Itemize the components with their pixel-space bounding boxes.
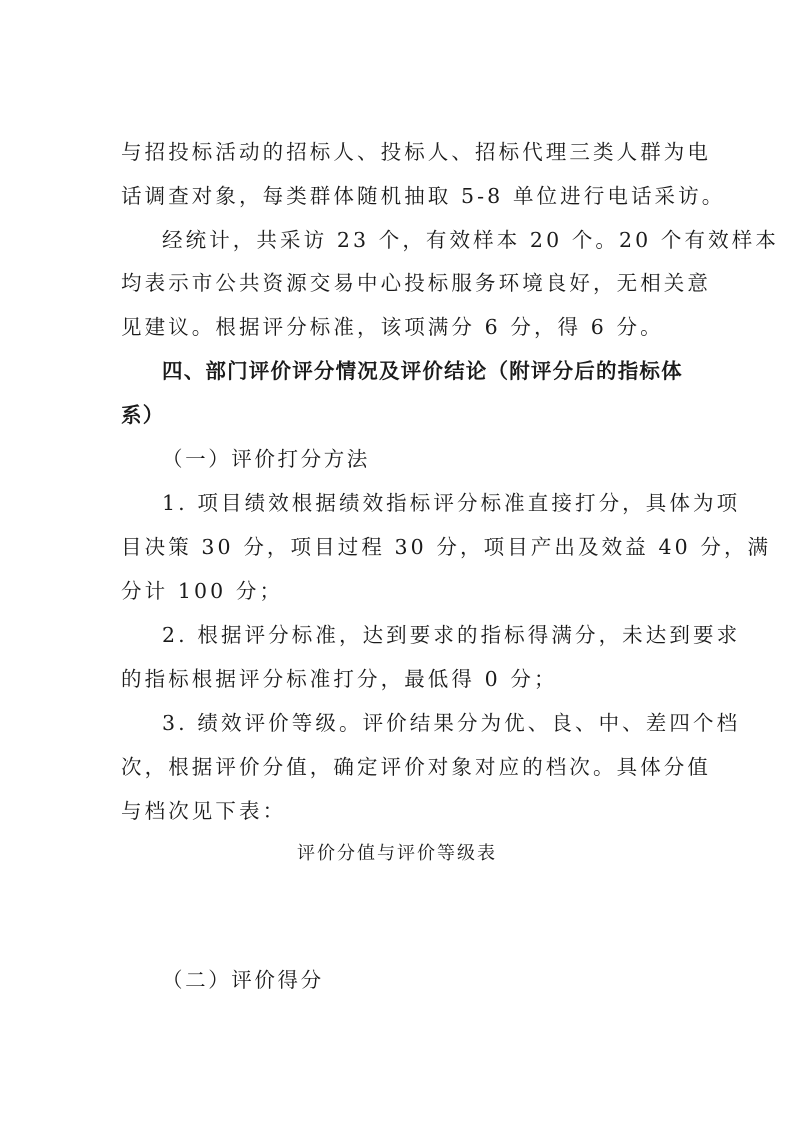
paragraph-line: 经统计，共采访 23 个，有效样本 20 个。20 个有效样本	[162, 222, 779, 258]
list-item-line: 目决策 30 分，项目过程 30 分，项目产出及效益 40 分，满	[121, 529, 771, 565]
list-item-line: 分计 100 分；	[121, 573, 283, 609]
list-item-line: 1. 项目绩效根据绩效指标评分标准直接打分，具体为项	[162, 485, 740, 521]
section-heading: 四、部门评价评分情况及评价结论（附评分后的指标体	[162, 353, 683, 389]
subsection-title: （二）评价得分	[162, 962, 324, 998]
table-caption: 评价分值与评价等级表	[121, 840, 673, 868]
paragraph-line: 话调查对象，每类群体随机抽取 5-8 单位进行电话采访。	[121, 178, 725, 214]
paragraph-line: 均表示市公共资源交易中心投标服务环境良好，无相关意	[121, 265, 711, 301]
list-item-line: 2. 根据评分标准，达到要求的指标得满分，未达到要求	[162, 617, 740, 653]
list-item-line: 的指标根据评分标准打分，最低得 0 分；	[121, 661, 558, 697]
section-heading: 系）	[121, 397, 164, 433]
list-item-line: 3. 绩效评价等级。评价结果分为优、良、中、差四个档	[162, 705, 740, 741]
list-item-line: 与档次见下表：	[121, 793, 286, 829]
paragraph-line: 见建议。根据评分标准，该项满分 6 分，得 6 分。	[121, 309, 664, 345]
subsection-title: （一）评价打分方法	[162, 441, 370, 477]
paragraph-line: 与招投标活动的招标人、投标人、招标代理三类人群为电	[121, 134, 711, 170]
list-item-line: 次，根据评价分值，确定评价对象对应的档次。具体分值	[121, 749, 711, 785]
